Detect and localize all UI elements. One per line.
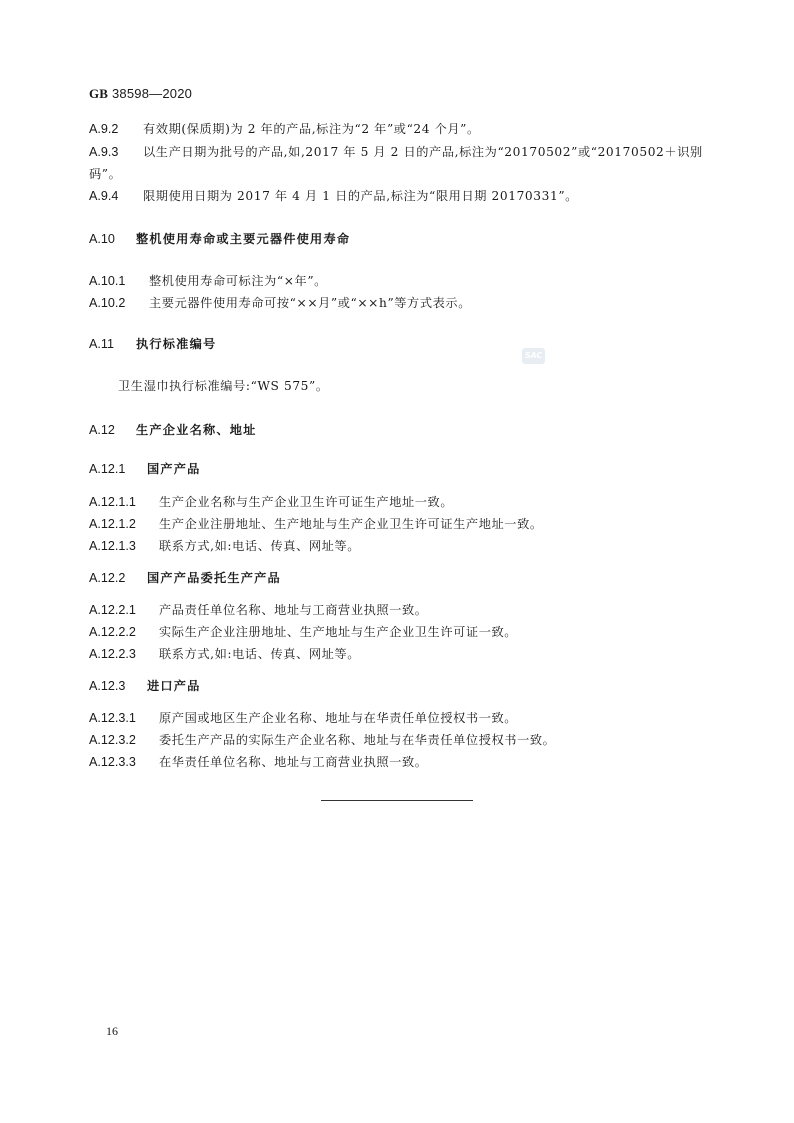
subsection-title: 国产产品委托生产产品 <box>147 571 281 585</box>
clause-number: A.10.2 <box>89 295 145 311</box>
clause-number: A.12.2.2 <box>89 624 155 640</box>
clause-text: 限期使用日期为 2017 年 4 月 1 日的产品,标注为“限用日期 20170… <box>143 189 578 203</box>
clause-a-12-1-3: A.12.1.3 联系方式,如:电话、传真、网址等。 <box>89 538 360 554</box>
subsection-number: A.12.1 <box>89 461 143 477</box>
section-heading-a-10: A.10 整机使用寿命或主要元器件使用寿命 <box>89 231 350 247</box>
section-heading-a-11: A.11 执行标准编号 <box>89 336 216 352</box>
clause-number: A.12.1.3 <box>89 538 155 554</box>
clause-number: A.12.1.2 <box>89 516 155 532</box>
clause-text: 生产企业名称与生产企业卫生许可证生产地址一致。 <box>159 495 453 509</box>
section-number: A.11 <box>89 336 132 352</box>
subsection-title: 进口产品 <box>147 679 201 693</box>
clause-text: 实际生产企业注册地址、生产地址与生产企业卫生许可证一致。 <box>159 625 517 639</box>
subsection-number: A.12.2 <box>89 570 143 586</box>
page-number: 16 <box>106 1024 118 1039</box>
clause-a-12-2-3: A.12.2.3 联系方式,如:电话、传真、网址等。 <box>89 646 360 662</box>
body-text: 卫生湿巾执行标准编号:“WS 575”。 <box>118 379 329 393</box>
clause-text: 生产企业注册地址、生产地址与生产企业卫生许可证生产地址一致。 <box>159 517 543 531</box>
clause-number: A.12.3.1 <box>89 710 155 726</box>
clause-number: A.12.2.1 <box>89 602 155 618</box>
subsection-heading-a-12-3: A.12.3 进口产品 <box>89 678 201 694</box>
clause-text: 以生产日期为批号的产品,如,2017 年 5 月 2 日的产品,标注为“2017… <box>143 145 703 159</box>
sac-watermark-logo: SAC <box>522 348 545 364</box>
clause-a-9-3-continuation: 码”。 <box>89 166 121 182</box>
clause-a-12-2-1: A.12.2.1 产品责任单位名称、地址与工商营业执照一致。 <box>89 602 428 618</box>
clause-a-10-2: A.10.2 主要元器件使用寿命可按“××月”或“××h”等方式表示。 <box>89 295 471 311</box>
clause-number: A.10.1 <box>89 273 145 289</box>
clause-text: 联系方式,如:电话、传真、网址等。 <box>159 647 360 661</box>
clause-text: 主要元器件使用寿命可按“××月”或“××h”等方式表示。 <box>149 296 471 310</box>
subsection-heading-a-12-2: A.12.2 国产产品委托生产产品 <box>89 570 281 586</box>
clause-a-9-4: A.9.4 限期使用日期为 2017 年 4 月 1 日的产品,标注为“限用日期… <box>89 188 578 204</box>
clause-text: 在华责任单位名称、地址与工商营业执照一致。 <box>159 755 428 769</box>
standard-prefix: GB <box>89 86 108 101</box>
section-title: 整机使用寿命或主要元器件使用寿命 <box>136 232 350 246</box>
clause-number: A.9.2 <box>89 121 139 137</box>
clause-a-9-3: A.9.3 以生产日期为批号的产品,如,2017 年 5 月 2 日的产品,标注… <box>89 144 703 160</box>
clause-a-12-3-1: A.12.3.1 原产国或地区生产企业名称、地址与在华责任单位授权书一致。 <box>89 710 517 726</box>
clause-a-12-2-2: A.12.2.2 实际生产企业注册地址、生产地址与生产企业卫生许可证一致。 <box>89 624 517 640</box>
clause-a-12-1-2: A.12.1.2 生产企业注册地址、生产地址与生产企业卫生许可证生产地址一致。 <box>89 516 543 532</box>
clause-text: 产品责任单位名称、地址与工商营业执照一致。 <box>159 603 428 617</box>
subsection-number: A.12.3 <box>89 678 143 694</box>
section-number: A.12 <box>89 422 132 438</box>
document-page: GB 38598—2020 A.9.2 有效期(保质期)为 2 年的产品,标注为… <box>0 0 794 1123</box>
subsection-title: 国产产品 <box>147 462 201 476</box>
clause-text-continuation: 码”。 <box>89 167 121 181</box>
clause-number: A.12.1.1 <box>89 494 155 510</box>
clause-a-12-3-3: A.12.3.3 在华责任单位名称、地址与工商营业执照一致。 <box>89 754 428 770</box>
clause-a-9-2: A.9.2 有效期(保质期)为 2 年的产品,标注为“2 年”或“24 个月”。 <box>89 121 480 137</box>
clause-a-12-3-2: A.12.3.2 委托生产产品的实际生产企业名称、地址与在华责任单位授权书一致。 <box>89 732 555 748</box>
clause-number: A.9.3 <box>89 144 139 160</box>
standard-code-header: GB 38598—2020 <box>89 86 192 102</box>
clause-text: 委托生产产品的实际生产企业名称、地址与在华责任单位授权书一致。 <box>159 733 555 747</box>
clause-text: 有效期(保质期)为 2 年的产品,标注为“2 年”或“24 个月”。 <box>143 122 480 136</box>
clause-text: 原产国或地区生产企业名称、地址与在华责任单位授权书一致。 <box>159 711 517 725</box>
clause-number: A.9.4 <box>89 188 139 204</box>
section-heading-a-12: A.12 生产企业名称、地址 <box>89 422 257 438</box>
clause-a-10-1: A.10.1 整机使用寿命可标注为“×年”。 <box>89 273 327 289</box>
standard-number: 38598—2020 <box>112 86 192 101</box>
clause-text: 联系方式,如:电话、传真、网址等。 <box>159 539 360 553</box>
section-title: 执行标准编号 <box>136 337 216 351</box>
section-title: 生产企业名称、地址 <box>136 423 257 437</box>
section-number: A.10 <box>89 231 132 247</box>
section-a-11-body: 卫生湿巾执行标准编号:“WS 575”。 <box>118 378 329 394</box>
end-of-document-rule <box>321 800 473 801</box>
clause-text: 整机使用寿命可标注为“×年”。 <box>149 274 327 288</box>
clause-number: A.12.3.3 <box>89 754 155 770</box>
clause-number: A.12.3.2 <box>89 732 155 748</box>
clause-number: A.12.2.3 <box>89 646 155 662</box>
subsection-heading-a-12-1: A.12.1 国产产品 <box>89 461 201 477</box>
clause-a-12-1-1: A.12.1.1 生产企业名称与生产企业卫生许可证生产地址一致。 <box>89 494 453 510</box>
